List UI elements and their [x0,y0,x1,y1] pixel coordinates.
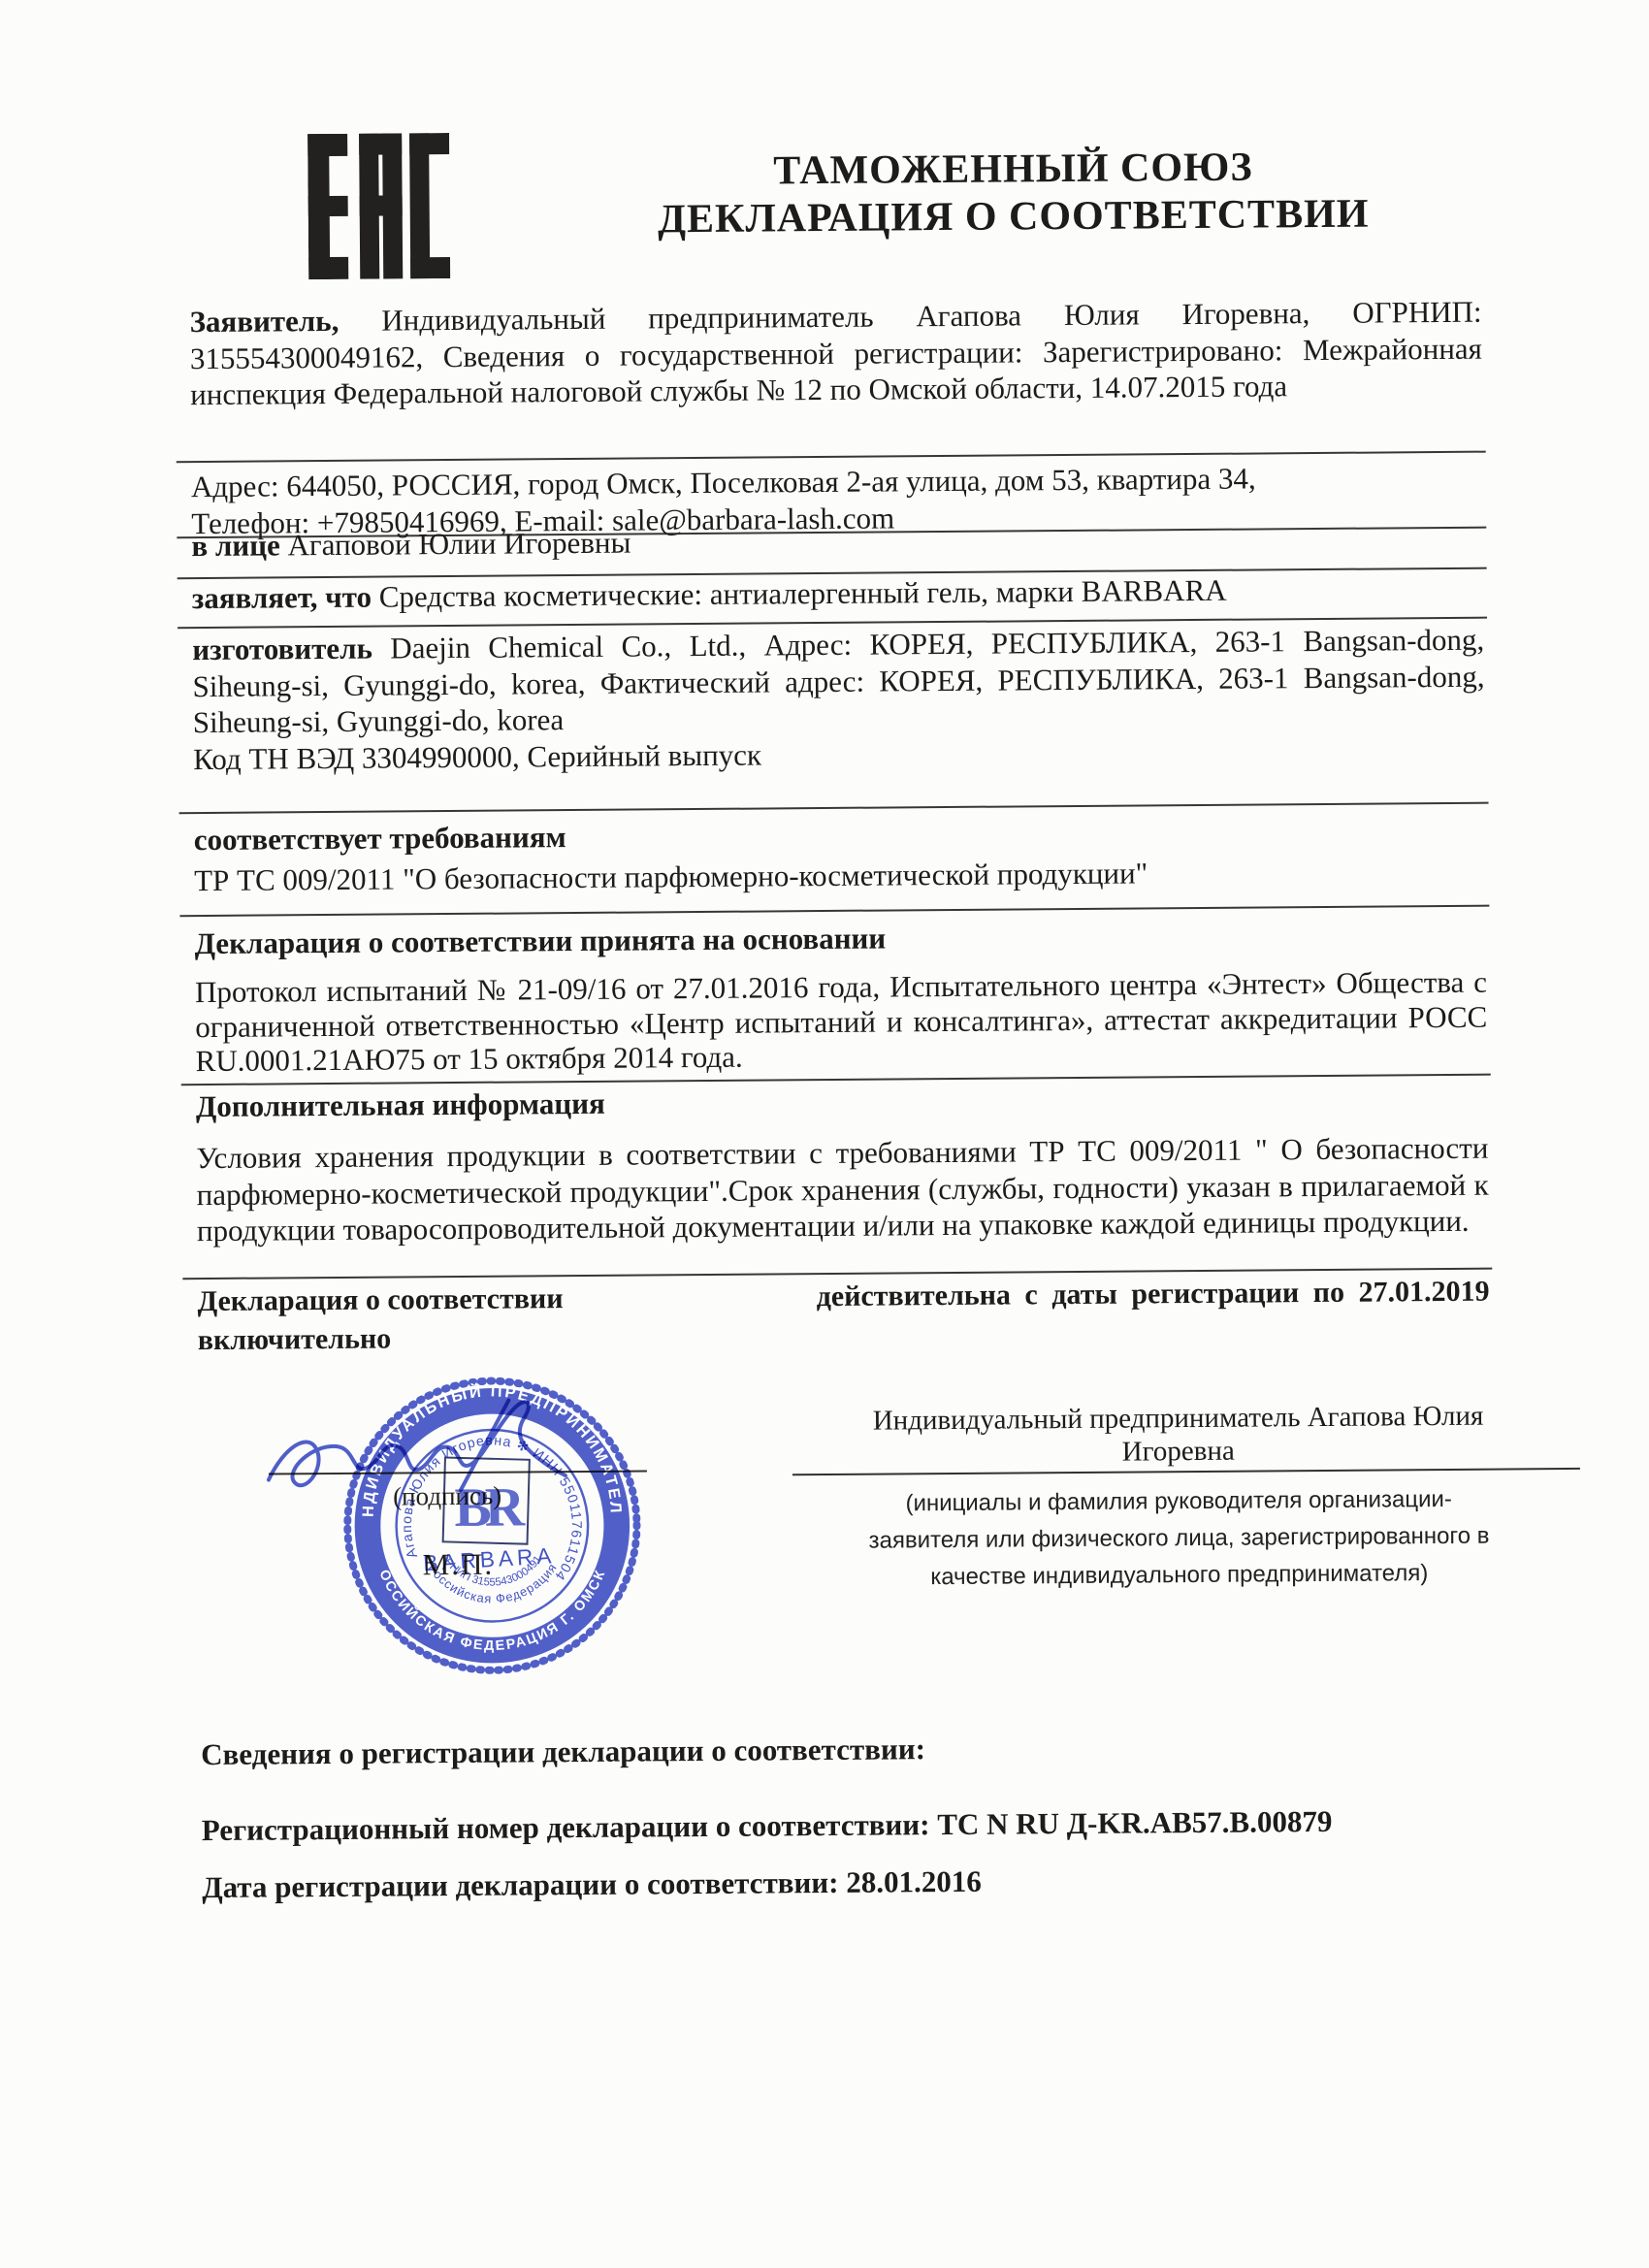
name-caption-line2: заявителя или физического лица, зарегист… [800,1517,1557,1560]
title-line-declaration: ДЕКЛАРАЦИЯ О СООТВЕТСТВИИ [403,189,1625,246]
scanned-declaration-page: ТАМОЖЕННЫЙ СОЮЗ ДЕКЛАРАЦИЯ О СООТВЕТСТВИ… [0,0,1649,2268]
manufacturer-block: изготовитель Daejin Chemical Co., Ltd., … [192,622,1485,777]
name-caption: (инициалы и фамилия руководителя организ… [800,1480,1558,1597]
manufacturer-text: Daejin Chemical Co., Ltd., Адрес: КОРЕЯ,… [192,623,1484,739]
complies-heading: соответствует требованиям [194,812,1486,859]
entrepreneur-name: Индивидуальный предприниматель Агапова Ю… [799,1399,1557,1471]
declares-label: заявляет, что [192,580,372,615]
applicant-label: Заявитель, [189,304,339,339]
validity-part1: Декларация о соответствии [197,1282,563,1318]
registration-number-line: Регистрационный номер декларации о соотв… [202,1804,1333,1848]
manufacturer-label: изготовитель [192,632,372,666]
registration-date-line: Дата регистрации декларации о соответств… [202,1864,982,1905]
basis-heading: Декларация о соответствии принята на осн… [194,916,1486,962]
basis-paragraph: Протокол испытаний № 21-09/16 от 27.01.2… [195,965,1488,1079]
registration-heading: Сведения о регистрации декларации о соот… [201,1732,925,1772]
validity-part2: действительна с даты регистрации по 27.0… [817,1276,1490,1313]
scan-content: ТАМОЖЕННЫЙ СОЮЗ ДЕКЛАРАЦИЯ О СООТВЕТСТВИ… [0,0,1649,2268]
validity-line2: включительно [198,1314,1490,1357]
name-caption-line1: (инициалы и фамилия руководителя организ… [800,1480,1557,1523]
document-title: ТАМОЖЕННЫЙ СОЮЗ ДЕКЛАРАЦИЯ О СООТВЕТСТВИ… [402,142,1625,246]
rule-after-complies [179,905,1489,918]
name-caption-line3: качестве индивидуального предпринимателя… [801,1554,1558,1597]
validity-line: Декларация о соответствии действительна … [197,1276,1489,1318]
in-person-label: в лице [191,528,280,563]
applicant-paragraph: Заявитель, Индивидуальный предпринимател… [189,294,1482,413]
entrepreneur-name-line1: Индивидуальный предприниматель Агапова Ю… [799,1399,1556,1438]
declares-text: Средства косметические: антиалергенный г… [372,573,1227,614]
additional-heading: Дополнительная информация [196,1079,1488,1125]
applicant-text: Индивидуальный предприниматель Агапова Ю… [190,295,1482,411]
signature-ink [258,1384,589,1528]
complies-text: ТР ТС 009/2011 "О безопасности парфюмерн… [194,853,1486,899]
entrepreneur-name-line2: Игоревна [800,1432,1557,1471]
additional-paragraph: Условия хранения продукции в соответстви… [196,1130,1489,1249]
manufacturer-paragraph: изготовитель Daejin Chemical Co., Ltd., … [192,622,1485,741]
in-person-text: Агаповой Юлии Игоревны [280,526,631,563]
